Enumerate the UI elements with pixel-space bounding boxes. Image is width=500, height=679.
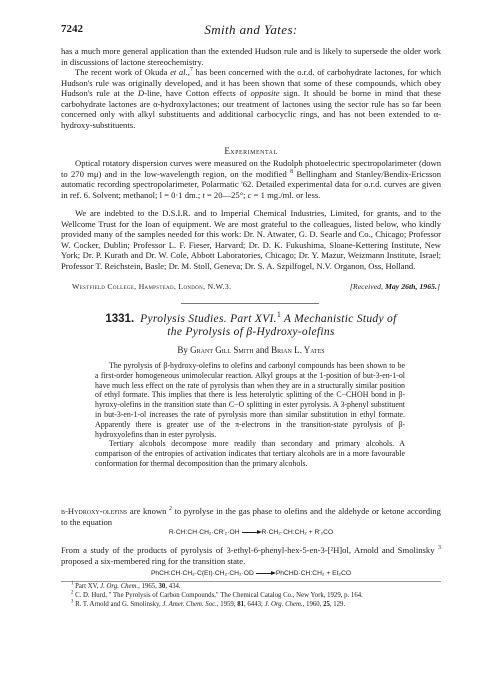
footnote: 2 C. D. Hurd, " The Pyrolysis of Carbon … xyxy=(61,592,441,601)
equation-1: R·CH:CH·CH₂·CR′₂·OHR·CH₂·CH:CH₂ + R′₂CO xyxy=(61,529,441,536)
address: Westfield College, Hampstead, London, N.… xyxy=(72,282,231,291)
footnote: 1 Part XV, J. Org. Chem., 1965, 30, 434. xyxy=(61,583,441,592)
paragraph: The recent work of Okuda et al.,7 has be… xyxy=(61,67,441,130)
body-paragraph: β-Hydroxy-olefins are known 2 to pyrolys… xyxy=(61,506,441,527)
footnote-rule xyxy=(61,581,441,582)
received-date: [Received, May 26th, 1965.] xyxy=(350,282,440,291)
paragraph: has a much more general application than… xyxy=(61,46,441,67)
reaction-arrow-icon xyxy=(242,532,260,533)
body-paragraph: From a study of the products of pyrolysi… xyxy=(61,545,441,566)
running-title: Smith and Yates: xyxy=(61,22,441,38)
equation-2: PhCH:CH·CH₂·C(Et)·CH₂·CH₂·ODPhCHD·CH:CH₂… xyxy=(61,570,441,577)
experimental-paragraph: Optical rotatory dispersion curves were … xyxy=(61,158,441,200)
abstract-paragraph: Tertiary alcohols decompose more readily… xyxy=(95,439,405,468)
abstract: The pyrolysis of β-hydroxy-olefins to ol… xyxy=(95,361,405,469)
previous-article-body: has a much more general application than… xyxy=(61,46,441,130)
footnote: 3 R. T. Arnold and G. Smolinsky, J. Amer… xyxy=(61,601,441,610)
reference-marker[interactable]: 3 xyxy=(438,545,441,551)
affiliation-line: Westfield College, Hampstead, London, N.… xyxy=(72,282,440,291)
section-heading-experimental: Experimental xyxy=(61,146,441,156)
reaction-arrow-icon xyxy=(256,573,274,574)
footnotes: 1 Part XV, J. Org. Chem., 1965, 30, 434.… xyxy=(61,583,441,609)
article-number: 1331. xyxy=(105,313,134,325)
page-header: 7242 Smith and Yates: xyxy=(61,23,441,39)
authors: By Grant Gill Smith and Brian L. Yates xyxy=(61,345,441,355)
article-title: 1331.Pyrolysis Studies. Part XVI.1 A Mec… xyxy=(61,313,441,339)
abstract-paragraph: The pyrolysis of β-hydroxy-olefins to ol… xyxy=(95,361,405,439)
acknowledgements: We are indebted to the D.S.I.R. and to I… xyxy=(61,208,441,271)
article-separator xyxy=(181,303,319,304)
